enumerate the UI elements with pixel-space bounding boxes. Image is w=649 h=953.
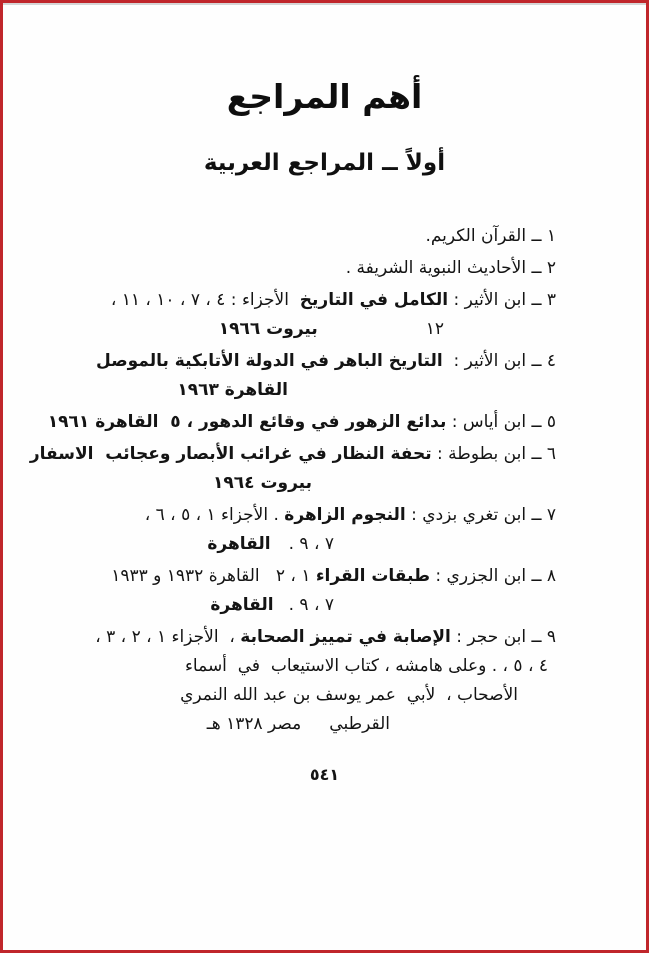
cont-text: الأصحاب ، لأبي عمر يوسف بن عبد الله النم… [180,681,518,710]
cont-volume: ٧ ، ٩ . [289,591,334,620]
bibliography-list: ١ ــ القرآن الكريم. ٢ ــ الأحاديث النبوي… [95,222,556,739]
bib-entry: ٨ ــ ابن الجزري : طبقات القراء ١ ، ٢ الق… [95,562,556,620]
entry-line: ٨ ــ ابن الجزري : طبقات القراء ١ ، ٢ الق… [95,562,556,591]
entry-author: ٦ ــ ابن بطوطة : [432,444,556,464]
bib-entry: ٦ ــ ابن بطوطة : تحفة النظار في غرائب ال… [95,440,556,498]
entry-author: ٧ ــ ابن تغري بزدي : [406,505,556,525]
entry-line: ٦ ــ ابن بطوطة : تحفة النظار في غرائب ال… [95,440,556,469]
entry-line: ٩ ــ ابن حجر : الإصابة في تمييز الصحابة … [95,623,556,652]
entry-line: ٧ ــ ابن تغري بزدي : النجوم الزاهرة . ال… [95,501,556,530]
bib-entry: ٤ ــ ابن الأثير : التاريخ الباهر في الدو… [95,347,556,405]
book-title: طبقات القراء [316,566,430,586]
cont-text: القرطبي [329,710,390,739]
bib-entry: ١ ــ القرآن الكريم. [95,222,556,251]
entry-continuation: ٧ ، ٩ .القاهرة [95,530,556,559]
entry-continuation: ٧ ، ٩ .القاهرة [95,591,556,620]
book-title: بدائع الزهور في وقائع الدهور [199,412,446,432]
bib-entry: ٣ ــ ابن الأثير : الكامل في التاريخ الأج… [95,286,556,344]
entry-details: الأجزاء : ٤ ، ٧ ، ١٠ ، ١١ ، [111,290,300,310]
page-number: ٥٤١ [3,765,646,784]
entry-author: ٤ ــ ابن الأثير : [443,351,556,371]
entry-details: . الأجزاء ١ ، ٥ ، ٦ ، [145,505,285,525]
section-heading: أولاً ــ المراجع العربية [3,150,646,176]
cont-volume: ٧ ، ٩ . [289,530,334,559]
bib-entry: ٩ ــ ابن حجر : الإصابة في تمييز الصحابة … [95,623,556,739]
entry-line: ٤ ــ ابن الأثير : التاريخ الباهر في الدو… [95,347,556,376]
cont-place-year: القاهرة [210,591,273,620]
cont-place-year: القاهرة ١٩٦٣ [177,376,288,405]
entry-details: ١ ، ٢ القاهرة ١٩٣٢ و ١٩٣٣ [111,566,316,586]
entry-text: ١ ــ القرآن الكريم. [95,222,556,251]
entry-continuation: ١٢بيروت ١٩٦٦ [95,315,556,344]
cont-place-year: بيروت ١٩٦٦ [219,315,318,344]
book-title: الإصابة في تمييز الصحابة [240,627,451,647]
entry-author: ٣ ــ ابن الأثير : [448,290,556,310]
entry-author: ٨ ــ ابن الجزري : [430,566,556,586]
scanned-book-page: أهم المراجع أولاً ــ المراجع العربية ١ ـ… [0,0,649,953]
cont-place-year: مصر ١٣٢٨ هـ [207,710,302,739]
bib-entry: ٥ ــ ابن أياس : بدائع الزهور في وقائع ال… [95,408,556,437]
page-title: أهم المراجع [3,77,646,116]
entry-author: ٩ ــ ابن حجر : [451,627,556,647]
book-title: الكامل في التاريخ [300,290,448,310]
cont-place-year: القاهرة [207,530,270,559]
entry-line: ٥ ــ ابن أياس : بدائع الزهور في وقائع ال… [95,408,556,437]
book-title: النجوم الزاهرة [284,505,405,525]
cont-text: ٤ ، ٥ ، . وعلى هامشه ، كتاب الاستيعاب في… [185,652,548,681]
book-title: تحفة النظار في غرائب الأبصار وعجائب الاس… [30,444,432,464]
entry-line: ٣ ــ ابن الأثير : الكامل في التاريخ الأج… [95,286,556,315]
book-title: التاريخ الباهر في الدولة الأتابكية بالمو… [96,351,443,371]
entry-details: ، الأجزاء ١ ، ٢ ، ٣ ، [95,627,240,647]
entry-continuation: القرطبيمصر ١٣٢٨ هـ [95,710,556,739]
entry-text: ٢ ــ الأحاديث النبوية الشريفة . [95,254,556,283]
cont-place-year: بيروت ١٩٦٤ [213,469,312,498]
entry-continuation: الأصحاب ، لأبي عمر يوسف بن عبد الله النم… [95,681,556,710]
entry-continuation: القاهرة ١٩٦٣ [95,376,556,405]
entry-continuation: ٤ ، ٥ ، . وعلى هامشه ، كتاب الاستيعاب في… [95,652,556,681]
entry-author: ٥ ــ ابن أياس : [446,412,556,432]
bib-entry: ٢ ــ الأحاديث النبوية الشريفة . [95,254,556,283]
entry-details: ، ٥ القاهرة ١٩٦١ [48,412,199,432]
entry-continuation: بيروت ١٩٦٤ [95,469,556,498]
bib-entry: ٧ ــ ابن تغري بزدي : النجوم الزاهرة . ال… [95,501,556,559]
cont-volume: ١٢ [426,315,444,344]
